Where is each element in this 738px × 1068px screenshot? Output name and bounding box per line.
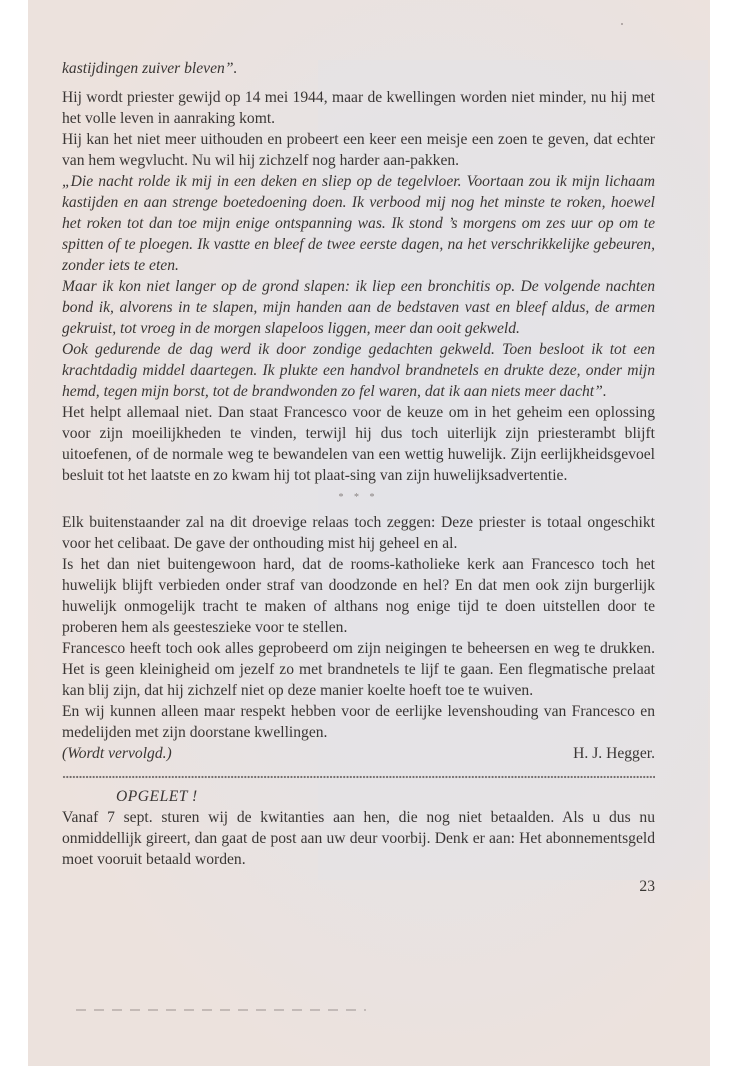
quote-nettles: Ook gedurende de dag werd ik door zondig… — [62, 339, 655, 402]
paragraph-ordination: Hij wordt priester gewijd op 14 mei 1944… — [62, 87, 655, 129]
author-signature: H. J. Hegger. — [573, 743, 655, 764]
quote-ending: kastijdingen zuiver bleven”. — [62, 58, 655, 79]
paper-speck — [621, 23, 623, 25]
notice-body: Vanaf 7 sept. sturen wij de kwitanties a… — [62, 807, 655, 870]
article-body: kastijdingen zuiver bleven”. Hij wordt p… — [62, 58, 655, 897]
paragraph-choice: Het helpt allemaal niet. Dan staat Franc… — [62, 402, 655, 486]
quote-tile-floor: „Die nacht rolde ik mij in een deken en … — [62, 171, 655, 276]
signature-row: (Wordt vervolgd.) H. J. Hegger. — [62, 743, 655, 764]
wavy-divider — [62, 774, 655, 780]
print-smudge — [76, 1009, 366, 1011]
quote-bronchitis: Maar ik kon niet langer op de grond slap… — [62, 276, 655, 339]
scanned-page: kastijdingen zuiver bleven”. Hij wordt p… — [28, 0, 710, 1066]
paragraph-kiss: Hij kan het niet meer uithouden en probe… — [62, 129, 655, 171]
section-separator: * * * — [62, 488, 655, 508]
paragraph-respect: En wij kunnen alleen maar respekt hebben… — [62, 701, 655, 743]
continuation-note: (Wordt vervolgd.) — [62, 743, 172, 764]
notice-title: OPGELET ! — [62, 786, 655, 807]
paragraph-tried: Francesco heeft toch ook alles geprobeer… — [62, 638, 655, 701]
paragraph-outsider: Elk buitenstaander zal na dit droevige r… — [62, 512, 655, 554]
paragraph-church: Is het dan niet buitengewoon hard, dat d… — [62, 554, 655, 638]
page-number: 23 — [62, 876, 655, 897]
